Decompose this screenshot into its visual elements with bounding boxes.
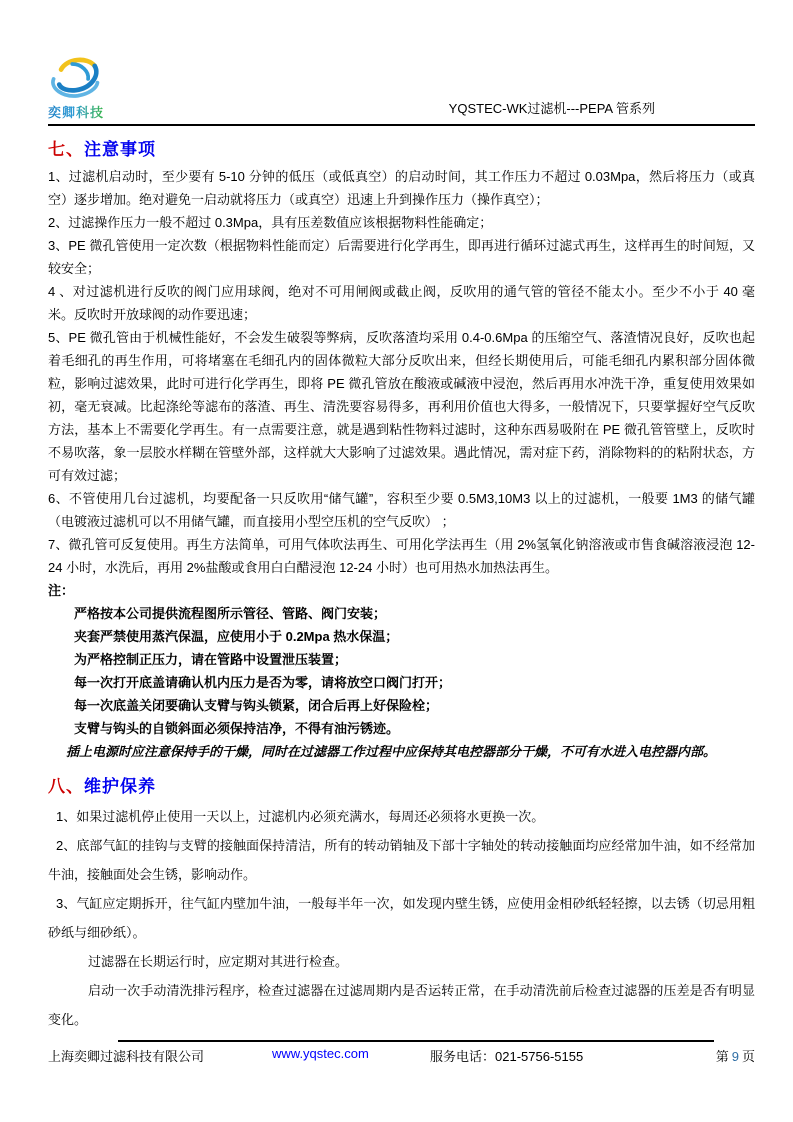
maintenance-paragraph: 启动一次手动清洗排污程序，检查过滤器在过滤周期内是否运转正常，在手动清洗前后检查…	[48, 976, 755, 1034]
section-heading-maintenance: 八、维护保养	[48, 772, 755, 797]
section-title: 维护保养	[84, 777, 156, 796]
globe-swirl-icon	[48, 54, 104, 102]
section-heading-notice: 七、注意事项	[48, 135, 755, 160]
notice-item: 3、PE 微孔管使用一定次数（根据物料性能而定）后需要进行化学再生，即再进行循环…	[48, 234, 755, 280]
document-title: YQSTEC-WK过滤机---PEPA 管系列	[449, 98, 655, 121]
note-warning-line: 插上电源时应注意保持手的干燥，同时在过滤器工作过程中应保持其电控器部分干燥，不可…	[48, 740, 755, 763]
footer-service-phone: 服务电话：021-5756-5155	[430, 1046, 583, 1065]
notice-item: 2、过滤操作压力一般不超过 0.3Mpa，具有压差数值应该根据物料性能确定；	[48, 211, 755, 234]
footer-divider	[118, 1040, 714, 1042]
note-line: 每一次底盖关闭要确认支臂与钩头锁紧，闭合后再上好保险栓；	[48, 694, 755, 717]
maintenance-paragraph: 过滤器在长期运行时，应定期对其进行检查。	[48, 947, 755, 976]
document-page: 奕卿科技 YQSTEC-WK过滤机---PEPA 管系列 七、注意事项 1、过滤…	[0, 0, 793, 1122]
section-number: 七、	[48, 140, 84, 159]
note-line: 夹套严禁使用蒸汽保温，应使用小于 0.2Mpa 热水保温；	[48, 625, 755, 648]
page-footer: 上海奕卿过滤科技有限公司 www.yqstec.com 服务电话：021-575…	[0, 1040, 793, 1082]
page-label-suffix: 页	[742, 1049, 755, 1064]
note-line: 为严格控制正压力，请在管路中设置泄压装置；	[48, 648, 755, 671]
section-title: 注意事项	[84, 140, 156, 159]
footer-company-name: 上海奕卿过滤科技有限公司	[48, 1046, 204, 1065]
notice-item: 7、微孔管可反复使用。再生方法简单，可用气体吹法再生、可用化学法再生（用 2%氢…	[48, 533, 755, 579]
page-label-prefix: 第	[716, 1049, 729, 1064]
notice-item: 5、PE 微孔管由于机械性能好，不会发生破裂等弊病，反吹落渣均采用 0.4-0.…	[48, 326, 755, 487]
footer-page-indicator: 第9页	[716, 1046, 755, 1065]
maintenance-item: 2、底部气缸的挂钩与支臂的接触面保持清洁，所有的转动销轴及下部十字轴处的转动接触…	[48, 831, 755, 889]
page-header: 奕卿科技 YQSTEC-WK过滤机---PEPA 管系列	[48, 60, 755, 126]
section-number: 八、	[48, 777, 84, 796]
notice-item: 6、不管使用几台过滤机，均要配备一只反吹用“储气罐”，容积至少要 0.5M3,1…	[48, 487, 755, 533]
footer-website-link[interactable]: www.yqstec.com	[272, 1046, 369, 1061]
maintenance-item: 3、气缸应定期拆开，往气缸内壁加牛油，一般每半年一次，如发现内壁生锈，应使用金相…	[48, 889, 755, 947]
maintenance-item: 1、如果过滤机停止使用一天以上，过滤机内必须充满水，每周还必须将水更换一次。	[48, 802, 755, 831]
note-line: 支臂与钩头的自锁斜面必须保持洁净，不得有油污锈迹。	[48, 717, 755, 740]
note-label: 注：	[48, 579, 755, 602]
note-line: 严格按本公司提供流程图所示管径、管路、阀门安装；	[48, 602, 755, 625]
notice-item: 4 、对过滤机进行反吹的阀门应用球阀，绝对不可用闸阀或截止阀，反吹用的通气管的管…	[48, 280, 755, 326]
logo-text: 奕卿科技	[48, 102, 104, 121]
note-line: 每一次打开底盖请确认机内压力是否为零，请将放空口阀门打开；	[48, 671, 755, 694]
notice-item: 1、过滤机启动时，至少要有 5-10 分钟的低压（或低真空）的启动时间，其工作压…	[48, 165, 755, 211]
company-logo: 奕卿科技	[48, 54, 104, 121]
page-number: 9	[729, 1049, 742, 1064]
